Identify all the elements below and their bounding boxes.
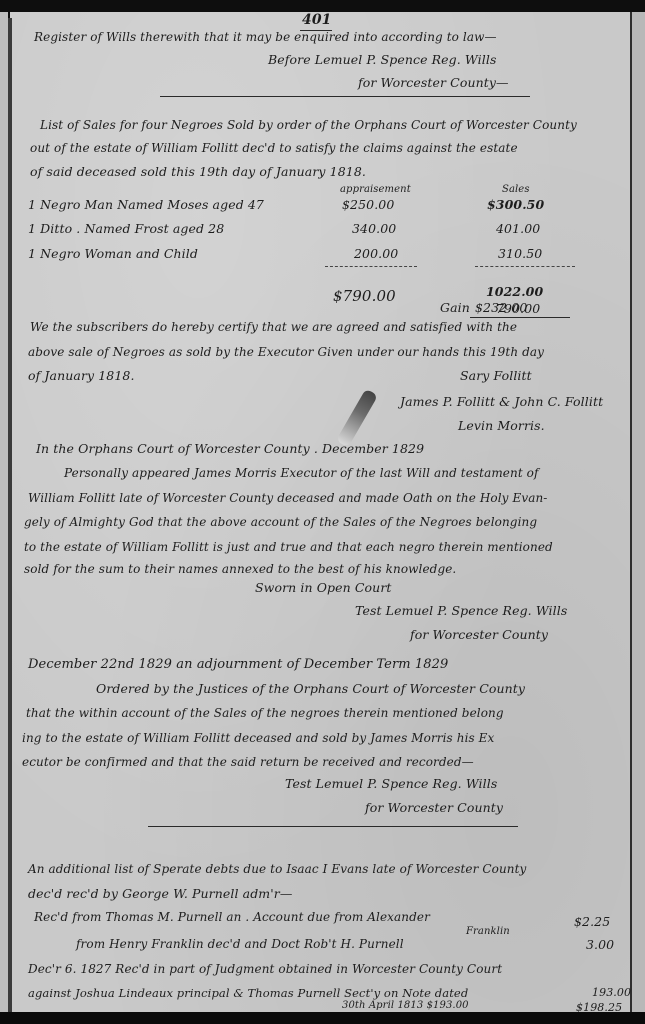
header-line-3: for Worcester County— bbox=[358, 75, 509, 90]
oath-line-5: sold for the sum to their names annexed … bbox=[24, 562, 456, 576]
oath-line-4: to the estate of William Follitt is just… bbox=[24, 540, 553, 554]
entry-note: Franklin bbox=[466, 926, 510, 937]
oath-line-2: William Follitt late of Worcester County… bbox=[28, 491, 547, 505]
row-description: 1 Negro Woman and Child bbox=[28, 246, 198, 261]
row-appraisement: 200.00 bbox=[354, 246, 398, 261]
row-description: 1 Ditto . Named Frost aged 28 bbox=[28, 221, 224, 236]
row-sales: 310.50 bbox=[498, 246, 542, 261]
left-page-edge bbox=[0, 12, 8, 1012]
sale-intro-line-2: out of the estate of William Follitt dec… bbox=[30, 141, 518, 155]
entry-amount: 3.00 bbox=[586, 937, 614, 952]
appraisement-sum-rule bbox=[325, 266, 417, 267]
order-line-2: that the within account of the Sales of … bbox=[26, 706, 504, 720]
row-sales: $300.50 bbox=[487, 197, 544, 212]
header-line-1: Register of Wills therewith that it may … bbox=[34, 30, 497, 44]
additional-intro-line-2: dec'd rec'd by George W. Purnell adm'r— bbox=[28, 886, 292, 901]
gain-label: Gain bbox=[440, 300, 470, 315]
signature-2: James P. Follitt & John C. Follitt bbox=[400, 394, 603, 409]
gain-rule bbox=[470, 317, 570, 318]
scan-bottom-edge bbox=[0, 1012, 645, 1024]
header-line-2: Before Lemuel P. Spence Reg. Wills bbox=[268, 52, 496, 67]
sales-header: Sales bbox=[502, 184, 530, 195]
entry-amount: 193.00 bbox=[592, 986, 631, 999]
appraisement-header: appraisement bbox=[340, 184, 411, 195]
oath-county: for Worcester County bbox=[410, 627, 548, 642]
binding-edge bbox=[8, 18, 12, 1018]
gain-value: $232.00 bbox=[475, 300, 527, 315]
additional-intro-line-1: An additional list of Sperate debts due … bbox=[28, 862, 526, 876]
sale-intro-line-3: of said deceased sold this 19th day of J… bbox=[30, 164, 366, 179]
oath-line-1: Personally appeared James Morris Executo… bbox=[64, 466, 539, 480]
order-heading: December 22nd 1829 an adjournment of Dec… bbox=[28, 657, 448, 672]
cert-line-2: above sale of Negroes as sold by the Exe… bbox=[28, 345, 544, 359]
entry-amount: $2.25 bbox=[574, 914, 610, 929]
sales-total: 1022.00 bbox=[486, 284, 543, 299]
row-description: 1 Negro Man Named Moses aged 47 bbox=[28, 197, 264, 212]
row-appraisement: $250.00 bbox=[342, 197, 394, 212]
page-number: 401 bbox=[302, 12, 332, 28]
oath-test: Test Lemuel P. Spence Reg. Wills bbox=[355, 603, 567, 618]
appraisement-total: $790.00 bbox=[333, 287, 396, 305]
oath-heading: In the Orphans Court of Worcester County… bbox=[36, 441, 424, 456]
order-line-1: Ordered by the Justices of the Orphans C… bbox=[96, 681, 525, 696]
signature-1: Sary Follitt bbox=[460, 368, 532, 383]
cert-line-1: We the subscribers do hereby certify tha… bbox=[30, 320, 517, 334]
entry-text: against Joshua Lindeaux principal & Thom… bbox=[28, 986, 468, 1000]
cert-line-3: of January 1818. bbox=[28, 368, 135, 383]
oath-line-3: gely of Almighty God that the above acco… bbox=[24, 515, 537, 529]
row-appraisement: 340.00 bbox=[352, 221, 396, 236]
section-divider bbox=[160, 96, 530, 97]
order-county: for Worcester County bbox=[365, 800, 503, 815]
order-line-3: ing to the estate of William Follitt dec… bbox=[22, 731, 494, 745]
entry-text: Dec'r 6. 1827 Rec'd in part of Judgment … bbox=[28, 962, 502, 976]
signature-3: Levin Morris. bbox=[458, 418, 545, 433]
order-test: Test Lemuel P. Spence Reg. Wills bbox=[285, 776, 497, 791]
oath-sworn: Sworn in Open Court bbox=[255, 580, 392, 595]
entry-text: from Henry Franklin dec'd and Doct Rob't… bbox=[76, 937, 404, 951]
sales-sum-rule bbox=[475, 266, 575, 267]
entry-note: 30th April 1813 $193.00 bbox=[342, 1000, 469, 1011]
order-line-4: ecutor be confirmed and that the said re… bbox=[22, 755, 474, 769]
section-divider bbox=[148, 826, 518, 827]
row-sales: 401.00 bbox=[496, 221, 540, 236]
entry-text: Rec'd from Thomas M. Purnell an . Accoun… bbox=[34, 910, 430, 924]
right-page-edge bbox=[630, 12, 645, 1012]
sale-intro-line-1: List of Sales for four Negroes Sold by o… bbox=[40, 118, 577, 132]
